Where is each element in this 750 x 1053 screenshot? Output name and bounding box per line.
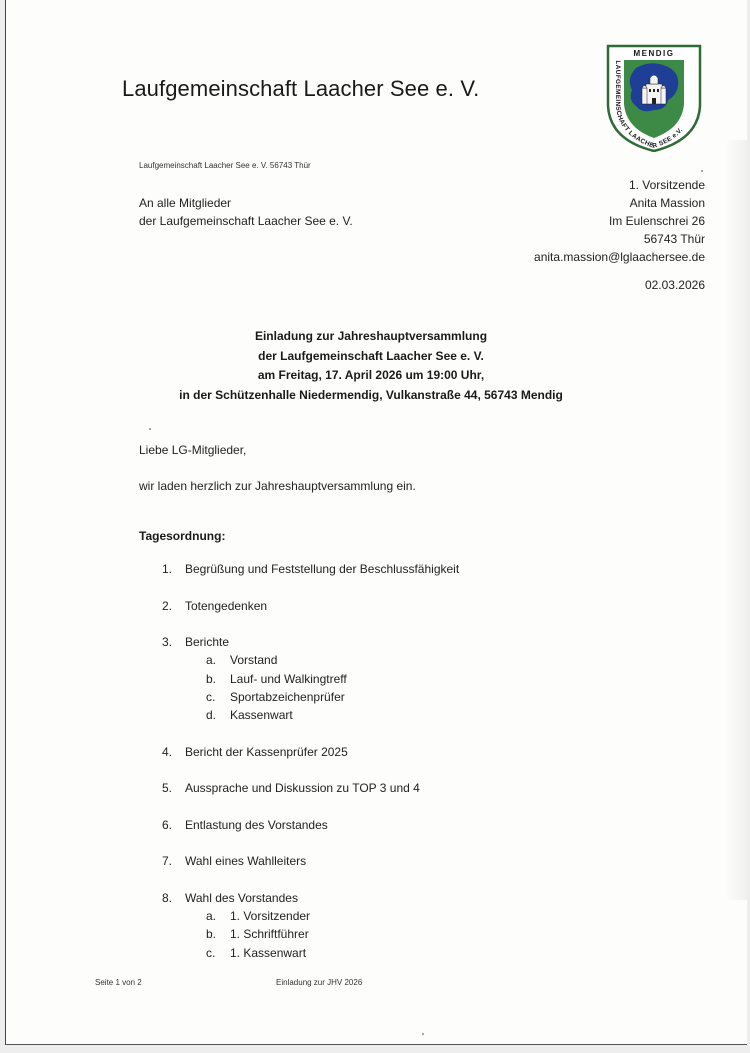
agenda-subitem-letter: c.	[206, 690, 215, 704]
agenda-subitem-letter: a.	[206, 653, 216, 667]
agenda-subitem-text: 1. Schriftführer	[230, 927, 309, 941]
club-crest-icon: MENDIG LAUFGEMEINSCHAFT LAACHER SEE e.V.	[606, 44, 702, 152]
footer-title: Einladung zur JHV 2026	[276, 978, 362, 987]
letter-date: 02.03.2026	[645, 278, 705, 292]
agenda-item-text: Wahl eines Wahlleiters	[185, 854, 306, 868]
sender-address-line: Laufgemeinschaft Laacher See e. V. 56743…	[139, 161, 311, 170]
agenda-item-number: 5.	[162, 781, 182, 795]
subject-line-1: Einladung zur Jahreshauptversammlung	[6, 327, 736, 347]
subject-block: Einladung zur Jahreshauptversammlung der…	[6, 327, 736, 405]
agenda-subitem-letter: a.	[206, 909, 216, 923]
document-page: Laufgemeinschaft Laacher See e. V. MENDI…	[5, 0, 747, 1045]
agenda-subitem-text: Sportabzeichenprüfer	[230, 690, 345, 704]
agenda-item-number: 6.	[162, 818, 182, 832]
agenda-item-number: 3.	[162, 635, 182, 649]
contact-block: 1. Vorsitzende Anita Massion Im Eulensch…	[534, 176, 705, 266]
agenda-heading: Tagesordnung:	[139, 529, 225, 543]
agenda-item-number: 4.	[162, 745, 182, 759]
agenda-item-number: 8.	[162, 891, 182, 905]
contact-city: 56743 Thür	[534, 230, 705, 248]
agenda-subitem-text: Kassenwart	[230, 708, 293, 722]
salutation: Liebe LG-Mitglieder,	[139, 443, 246, 457]
agenda-subitem-text: Vorstand	[230, 653, 277, 667]
agenda-item-text: Aussprache und Diskussion zu TOP 3 und 4	[185, 781, 420, 795]
contact-email: anita.massion@lglaachersee.de	[534, 248, 705, 266]
recipient-block: An alle Mitglieder der Laufgemeinschaft …	[139, 194, 353, 230]
footer-page-number: Seite 1 von 2	[95, 978, 142, 987]
agenda-item-text: Totengedenken	[185, 599, 267, 613]
subject-line-3: am Freitag, 17. April 2026 um 19:00 Uhr,	[6, 366, 736, 386]
intro-text: wir laden herzlich zur Jahreshauptversam…	[139, 479, 416, 493]
scan-speck	[422, 1033, 424, 1035]
scan-speck	[149, 428, 151, 430]
subject-line-4: in der Schützenhalle Niedermendig, Vulka…	[6, 386, 736, 406]
recipient-line-1: An alle Mitglieder	[139, 194, 353, 212]
agenda-item-text: Wahl des Vorstandes	[185, 891, 298, 905]
agenda-subitem-text: 1. Kassenwart	[230, 946, 306, 960]
subject-line-2: der Laufgemeinschaft Laacher See e. V.	[6, 347, 736, 367]
agenda-item-text: Begrüßung und Feststellung der Beschluss…	[185, 562, 459, 576]
svg-text:MENDIG: MENDIG	[634, 49, 675, 58]
agenda-subitem-letter: c.	[206, 946, 215, 960]
agenda-item-text: Bericht der Kassenprüfer 2025	[185, 745, 348, 759]
agenda-subitem-text: Lauf- und Walkingtreff	[230, 672, 347, 686]
recipient-line-2: der Laufgemeinschaft Laacher See e. V.	[139, 212, 353, 230]
contact-street: Im Eulenschrei 26	[534, 212, 705, 230]
agenda-subitem-letter: d.	[206, 708, 216, 722]
agenda-subitem-letter: b.	[206, 927, 216, 941]
agenda-subitem-text: 1. Vorsitzender	[230, 909, 310, 923]
contact-name: Anita Massion	[534, 194, 705, 212]
agenda-item-number: 7.	[162, 854, 182, 868]
contact-role: 1. Vorsitzende	[534, 176, 705, 194]
scan-speck	[701, 170, 703, 172]
agenda-subitem-letter: b.	[206, 672, 216, 686]
agenda-item-text: Berichte	[185, 635, 229, 649]
agenda-item-number: 1.	[162, 562, 182, 576]
organization-title: Laufgemeinschaft Laacher See e. V.	[122, 76, 479, 102]
agenda-item-number: 2.	[162, 599, 182, 613]
agenda-item-text: Entlastung des Vorstandes	[185, 818, 328, 832]
